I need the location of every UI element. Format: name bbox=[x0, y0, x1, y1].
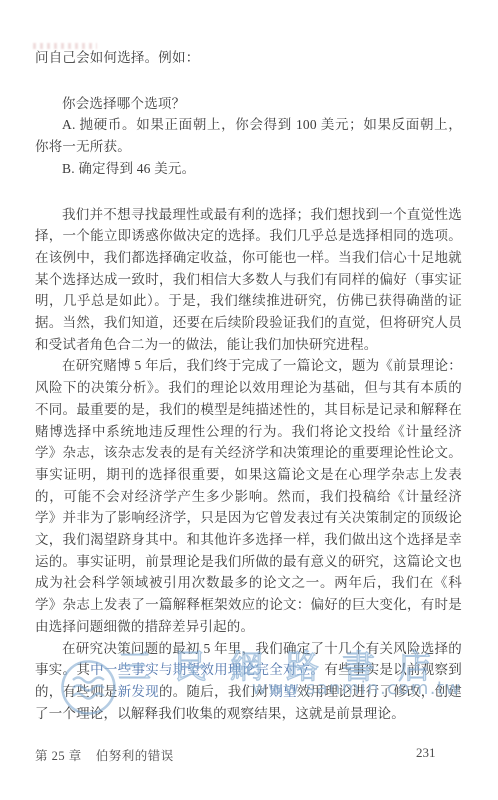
paragraph: 我们并不想寻找最理性或最有利的选择；我们想找到一个直觉性选择，一个能立即诱惑你做… bbox=[35, 204, 462, 356]
paragraph: 在研究赌博 5 年后，我们终于完成了一篇论文，题为《前景理论：风险下的决策分析》… bbox=[35, 355, 462, 637]
text-column: 问自己会如何选择。例如： 你会选择哪个选项？ A. 抛硬币。如果正面朝上，你会得… bbox=[35, 47, 462, 724]
watermark-tinted-text: 新发现 bbox=[118, 684, 159, 699]
option-a: A. 抛硬币。如果正面朝上，你会得到 100 美元；如果反面朝上，你将一无所获。 bbox=[35, 114, 462, 157]
continuation-line: 问自己会如何选择。例如： bbox=[35, 47, 462, 69]
paragraph-text: 在研究赌博 5 年后，我们终于完成了一篇论文，题为《前景理论：风险下的决策分析》… bbox=[35, 358, 462, 633]
footer-chapter-label: 第 25 章 bbox=[35, 749, 82, 763]
book-page: 问自己会如何选择。例如： 你会选择哪个选项？ A. 抛硬币。如果正面朝上，你会得… bbox=[0, 0, 498, 800]
question-prompt: 你会选择哪个选项？ bbox=[35, 93, 462, 115]
footer-chapter: 第 25 章伯努利的错误 bbox=[35, 746, 174, 764]
page-number: 231 bbox=[416, 745, 436, 761]
option-b: B. 确定得到 46 美元。 bbox=[35, 158, 462, 180]
paragraph-text: 的。随后，我们对 bbox=[159, 684, 269, 699]
watermark-tinted-text: 期望 bbox=[269, 684, 297, 699]
footer-chapter-title: 伯努利的错误 bbox=[96, 749, 174, 763]
body-paragraphs: 我们并不想寻找最理性或最有利的选择；我们想找到一个直觉性选择，一个能立即诱惑你做… bbox=[35, 204, 462, 725]
watermark-tinted-text: 中一些事实与期望效用理论完全对立。 bbox=[90, 662, 324, 677]
paragraph-text: 我们并不想寻找最理性或最有利的选择；我们想找到一个直觉性选择，一个能立即诱惑你做… bbox=[35, 207, 462, 352]
paragraph: 在研究决策问题的最初 5 年里，我们确定了十几个有关风险选择的事实。其中一些事实… bbox=[35, 638, 462, 725]
